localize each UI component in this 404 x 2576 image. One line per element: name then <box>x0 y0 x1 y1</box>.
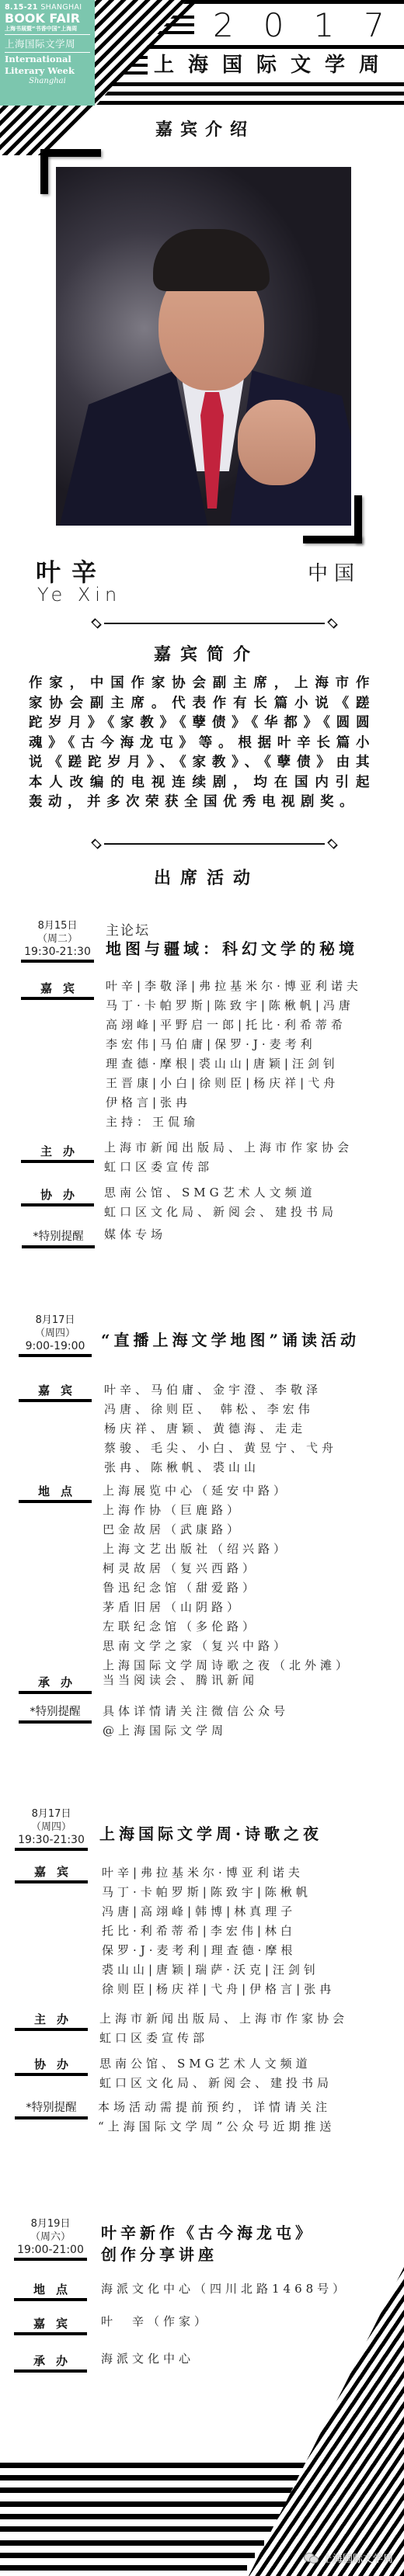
row-label: 承办 <box>14 2352 87 2373</box>
guest-line: 叶 辛（作家） <box>101 2312 210 2331</box>
row-label: 地点 <box>19 1483 92 1503</box>
logo-en-line1: International <box>5 54 90 64</box>
wechat-icon <box>304 2553 318 2564</box>
diagonal-stripes-decoration: 上海国际文学周 <box>249 2267 404 2576</box>
guest-portrait <box>56 167 351 526</box>
event-date-block: 8月17日 （周四） 9:00-19:00 <box>19 1314 92 1357</box>
row-label: *特别提醒 <box>15 2099 88 2119</box>
bio-text: 作家，中国作家协会副主席，上海市作家协会副主席。代表作有长篇小说《蹉跎岁月》《家… <box>29 674 375 813</box>
row-label: 主办 <box>21 1143 94 1163</box>
guest-name-en: Ye Xin <box>37 584 121 606</box>
special-note: 媒体专场 <box>104 1225 166 1245</box>
guest-line: 理查德·摩根|裘山山|唐颖|汪剑钊 <box>106 1054 362 1074</box>
year-band: 2017 <box>204 6 404 45</box>
logo-cn-title: 上海国际文学周 <box>5 35 90 53</box>
row-label: *特别提醒 <box>19 1703 92 1724</box>
row-label: 地点 <box>14 2281 87 2301</box>
venue-line: 鲁迅纪念馆（甜爱路） <box>103 1578 351 1598</box>
guest-line: 张冉、陈楸帆、裘山山 <box>104 1458 337 1477</box>
title-band: 上海国际文学周 <box>152 50 404 81</box>
festival-title: 上海国际文学周 <box>152 50 404 81</box>
event-weekday: （周六） <box>14 2231 87 2244</box>
event-date-block: 8月19日 （周六） 19:00-21:00 <box>14 2217 87 2261</box>
event-title: 上海国际文学周·诗歌之夜 <box>99 1823 322 1845</box>
ornament-divider <box>90 618 339 629</box>
co-organizer-line: 虹口区文化局、新阅会、建投书局 <box>104 1203 337 1222</box>
co-organizer-line: 思南公馆、SMG艺术人文频道 <box>104 1183 337 1203</box>
venue-line: 上海展览中心（延安中路） <box>103 1481 351 1501</box>
event-time: 19:00-21:00 <box>14 2244 87 2261</box>
venue-line: 柯灵故居（复兴西路） <box>103 1559 351 1578</box>
row-label: 协办 <box>21 1186 94 1206</box>
event-title: 地图与疆域：科幻文学的秘境 <box>106 938 358 960</box>
guest-line: 杨庆祥、唐颖、黄德海、走走 <box>104 1419 337 1439</box>
event-title: “直播上海文学地图”诵读活动 <box>101 1329 360 1351</box>
event-category: 主论坛 <box>106 919 150 939</box>
wechat-account-link[interactable]: @上海国际文学周 <box>103 1721 289 1741</box>
organizer-line: 虹口区委宣传部 <box>104 1158 353 1177</box>
diamond-icon <box>327 618 338 629</box>
venue-line: 左联纪念馆（多伦路） <box>103 1617 351 1637</box>
row-label: 嘉宾 <box>14 2315 87 2335</box>
organizer-line: 虹口区委宣传部 <box>99 2029 348 2048</box>
event-date-block: 8月17日 （周四） 19:30-21:30 <box>15 1807 88 1851</box>
guest-line: 高翊峰|平野启一郎|托比·利希蒂希 <box>106 1015 362 1035</box>
venue-line: 上海作协（巨鹿路） <box>103 1501 351 1520</box>
logo-en-line2: Literary Week <box>5 66 90 76</box>
guest-line: 蔡骏、毛尖、小白、黄昱宁、弋舟 <box>104 1439 337 1458</box>
guest-line: 冯唐|高翊峰|韩博|林真理子 <box>102 1902 335 1922</box>
event-date: 8月17日 <box>19 1314 92 1327</box>
special-note: “上海国际文学周”公众号近期推送 <box>98 2117 335 2137</box>
section-title-bio: 嘉宾简介 <box>0 641 404 665</box>
watermark-text: 上海国际文学周 <box>322 2550 393 2565</box>
guest-line: 马丁·卡帕罗斯|陈致宇|陈楸帆 <box>102 1883 335 1902</box>
event-date-block: 8月15日 （周二） 19:30-21:30 <box>21 919 94 963</box>
guest-line: 叶辛、马伯庸、金宇澄、李敬泽 <box>104 1380 337 1400</box>
guest-line: 冯唐、徐则臣、 韩松、李宏伟 <box>104 1400 337 1419</box>
event-date: 8月15日 <box>21 919 94 932</box>
co-organizer-line: 虹口区文化局、新阅会、建投书局 <box>99 2074 333 2093</box>
diamond-icon <box>91 618 102 629</box>
event-date: 8月19日 <box>14 2217 87 2231</box>
organizer-line: 当当阅读会、腾讯新闻 <box>103 1671 258 1690</box>
special-note: 具体详情请关注微信公众号 <box>103 1702 289 1721</box>
guest-line: 叶辛|李敬泽|弗拉基米尔·博亚利诺夫 <box>106 977 362 996</box>
event-date: 8月17日 <box>15 1807 88 1821</box>
row-label: 主办 <box>15 2011 88 2031</box>
guest-line: 托比·利希蒂希|李宏伟|林白 <box>102 1922 335 1941</box>
ornament-divider <box>90 838 339 849</box>
event-weekday: （周四） <box>19 1327 92 1340</box>
logo-book-fair: BOOK FAIR <box>5 12 90 25</box>
corner-bracket-top-left <box>40 149 48 194</box>
guest-line: 李宏伟|马伯庸|保罗·J·麦考利 <box>106 1035 362 1054</box>
wechat-watermark: 上海国际文学周 <box>304 2550 393 2565</box>
event-title: 叶辛新作《古今海龙屯》 创作分享讲座 <box>101 2222 315 2265</box>
row-label: 嘉宾 <box>21 980 94 1000</box>
guest-line: 伊格言|张冉 <box>106 1093 362 1113</box>
organizer-line: 上海市新闻出版局、上海市作家协会 <box>104 1138 353 1158</box>
venue-line: 茅盾旧居（山阴路） <box>103 1598 351 1617</box>
section-title-activities: 出席活动 <box>0 865 404 889</box>
organizer-line: 海派文化中心 <box>101 2349 194 2369</box>
guest-country: 中国 <box>308 557 360 586</box>
corner-bracket-bottom-right <box>354 495 362 543</box>
event-time: 9:00-19:00 <box>19 1340 92 1357</box>
guest-line: 裘山山|唐颖|瑞萨·沃克|汪剑钊 <box>102 1960 335 1980</box>
row-label: *特别提醒 <box>22 1228 95 1248</box>
event-time: 19:30-21:30 <box>21 946 94 963</box>
guest-line: 徐则臣|杨庆祥|弋舟|伊格言|张冉 <box>102 1980 335 1999</box>
corner-bracket-top-left <box>40 149 101 157</box>
diamond-icon <box>327 838 338 849</box>
venue-line: 思南文学之家（复兴中路） <box>103 1637 351 1656</box>
guest-line: 王晋康|小白|徐则臣|杨庆祥|弋舟 <box>106 1074 362 1093</box>
host-line: 主持：王侃瑜 <box>106 1113 362 1132</box>
corner-bracket-bottom-right <box>303 536 362 543</box>
diamond-icon <box>91 838 102 849</box>
logo-subtitle: 上海书展暨“书香中国”上海周 <box>5 25 90 35</box>
year-text: 2017 <box>204 6 404 45</box>
row-label: 嘉宾 <box>19 1382 92 1402</box>
guest-line: 保罗·J·麦考利|理查德·摩根 <box>102 1941 335 1960</box>
book-fair-logo: 8.15-21 SHANGHAI BOOK FAIR 上海书展暨“书香中国”上海… <box>0 0 95 106</box>
event-time: 19:30-21:30 <box>15 1834 88 1851</box>
organizer-line: 上海市新闻出版局、上海市作家协会 <box>99 2009 348 2029</box>
event-weekday: （周二） <box>21 932 94 946</box>
special-note: 本场活动需提前预约，详情请关注 <box>98 2098 335 2117</box>
header-banner: 2017 上海国际文学周 8.15-21 SHANGHAI BOOK FAIR … <box>0 0 404 155</box>
logo-script: Shanghai <box>5 77 90 85</box>
event-weekday: （周四） <box>15 1821 88 1834</box>
row-label: 嘉宾 <box>15 1863 88 1883</box>
guest-line: 叶辛|弗拉基米尔·博亚利诺夫 <box>102 1863 335 1883</box>
row-label: 协办 <box>15 2056 88 2076</box>
section-title-guest-intro: 嘉宾介绍 <box>155 116 255 141</box>
venue-line: 巴金故居（武康路） <box>103 1520 351 1540</box>
row-label: 承办 <box>19 1674 92 1694</box>
guest-line: 马丁·卡帕罗斯|陈致宇|陈楸帆|冯唐 <box>106 996 362 1015</box>
co-organizer-line: 思南公馆、SMG艺术人文频道 <box>99 2054 333 2074</box>
venue-line: 上海文艺出版社（绍兴路） <box>103 1540 351 1559</box>
